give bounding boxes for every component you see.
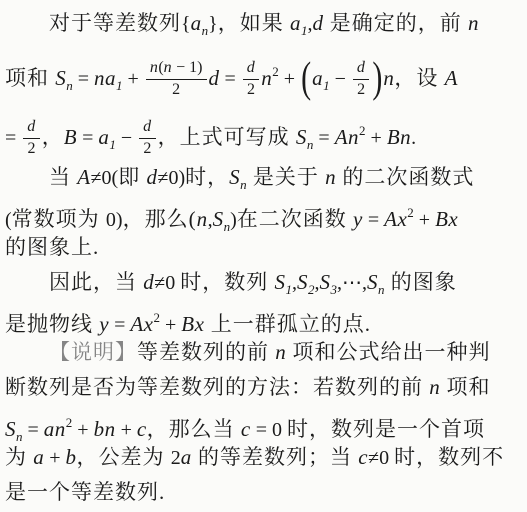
text-line-4: 当 A≠0(即 d≠0)时，Sn 是关于 n 的二次函数式 (5, 160, 522, 195)
text-run: 是一个等差数列. (5, 480, 165, 504)
text-line-13: 是一个等差数列. (5, 475, 522, 510)
math-variable: Bn (387, 125, 411, 149)
math-literal: 2 (28, 140, 36, 157)
text-run: 的等差数列；当 (192, 445, 359, 469)
math-variable: c (241, 417, 251, 441)
text-run: 是确定的，前 (323, 11, 468, 35)
text-line-3: = d2，B = a1 − d2，上式可写成 Sn = An2 + Bn. (5, 101, 522, 160)
math-variable: An (335, 125, 359, 149)
text-run: 时， (185, 165, 229, 189)
math-variable: Ax (384, 207, 407, 231)
math-literal: + (72, 419, 93, 441)
text-run: 等差数列的前 (137, 340, 275, 364)
fraction-denominator: 2 (23, 139, 40, 158)
math-variable: S (367, 270, 378, 294)
math-literal: + (160, 314, 181, 336)
math-variable: S (319, 270, 330, 294)
text-line-11: Sn = an2 + bn + c，那么当 c = 0 时，数列是一个首项 (5, 405, 522, 440)
math-variable: n (164, 59, 173, 76)
math-variable: Bx (181, 312, 204, 336)
math-variable: a (290, 11, 301, 35)
math-variable: A (445, 66, 458, 90)
fraction-numerator: d (139, 118, 156, 138)
math-variable: S (55, 66, 66, 90)
fraction: d2 (139, 118, 156, 158)
text-line-2: 项和 Sn = na1 + n(n − 1)2d = d2n2 + (a1 − … (5, 42, 522, 101)
text-run: ，设 (394, 66, 444, 90)
textbook-page: 对于等差数列{an}，如果 a1,d 是确定的，前 n项和 Sn = na1 +… (0, 0, 527, 512)
text-run: 的图象上. (5, 235, 99, 259)
math-variable: Bx (435, 207, 458, 231)
text-run: 上一群孤立的点. (204, 312, 371, 336)
text-run: 时，数列不 (394, 445, 504, 469)
math-variable: S (5, 417, 16, 441)
math-variable: B (64, 125, 77, 149)
math-variable: b (66, 445, 77, 469)
math-variable: na (94, 66, 116, 90)
math-literal: = 0 (251, 419, 287, 441)
text-run: 即 (118, 165, 146, 189)
text-run: ，那么( (123, 207, 197, 231)
math-literal: . (411, 127, 416, 149)
fraction: d2 (243, 59, 260, 99)
text-line-7: 因此，当 d≠0 时，数列 S1,S2,S3,⋯,Sn 的图象 (5, 265, 522, 300)
math-variable: d (27, 118, 36, 135)
math-variable: n (197, 207, 208, 231)
text-run: 时，数列是一个首项 (287, 417, 485, 441)
text-line-10: 断数列是否为等差数列的方法：若数列的前 n 项和 (5, 370, 522, 405)
math-variable: d (146, 165, 157, 189)
math-literal: + (116, 419, 137, 441)
text-line-8: 是抛物线 y = Ax2 + Bx 上一群孤立的点. (5, 300, 522, 335)
math-variable: n (325, 165, 336, 189)
text-run: 常数项为 (12, 207, 106, 231)
fraction-denominator: 2 (139, 139, 156, 158)
fraction-numerator: n(n − 1) (146, 59, 207, 79)
math-variable: S (297, 270, 308, 294)
text-run: ，上式可写成 (158, 125, 296, 149)
fraction: n(n − 1)2 (146, 59, 207, 99)
math-variable: n (261, 66, 272, 90)
math-variable: n (383, 66, 394, 90)
math-variable: S (274, 270, 285, 294)
math-variable: d (143, 270, 154, 294)
text-run: 为 (5, 445, 33, 469)
math-literal: ,⋯, (337, 272, 367, 294)
math-literal: + (279, 68, 300, 90)
parenthesis: ( (301, 35, 311, 121)
math-variable: d (209, 66, 220, 90)
math-variable: d (312, 11, 323, 35)
math-literal: ≠0( (91, 167, 119, 189)
math-literal: − (116, 127, 137, 149)
math-literal: 2 (357, 81, 365, 98)
math-variable: Ax (130, 312, 153, 336)
math-literal: 2 (143, 140, 151, 157)
fraction: d2 (353, 59, 370, 99)
text-run: 是抛物线 (5, 312, 99, 336)
math-literal: = (73, 68, 94, 90)
text-run: 项和 (5, 66, 55, 90)
math-variable: S (296, 125, 307, 149)
fraction-denominator: 2 (243, 80, 260, 99)
math-literal: = (109, 314, 130, 336)
math-literal: { (181, 13, 191, 35)
math-variable: n (468, 11, 479, 35)
math-literal: = (23, 419, 44, 441)
note-label: 【说明】 (49, 340, 137, 364)
math-variable: d (357, 59, 366, 76)
math-literal: + (414, 209, 435, 231)
fraction: d2 (23, 118, 40, 158)
text-run: 的二次函数式 (336, 165, 474, 189)
text-run: 对于等差数列 (49, 11, 181, 35)
math-literal: + (44, 447, 65, 469)
math-literal: + (366, 127, 387, 149)
text-run: 断数列是否为等差数列的方法：若数列的前 (5, 375, 429, 399)
text-line-12: 为 a + b，公差为 2a 的等差数列；当 c≠0 时，数列不 (5, 440, 522, 475)
math-literal: ≠0 (368, 447, 394, 469)
math-variable: c (358, 445, 368, 469)
math-literal: − 1) (172, 59, 202, 76)
math-variable: c (137, 417, 147, 441)
text-run: 是关于 (247, 165, 326, 189)
math-literal: 2 (247, 81, 255, 98)
math-variable: a (98, 125, 109, 149)
math-literal: = (77, 127, 98, 149)
text-run: 的图象 (384, 270, 456, 294)
math-literal: } (208, 13, 218, 35)
text-run: 因此，当 (49, 270, 143, 294)
fraction-numerator: d (23, 118, 40, 138)
math-literal: − (330, 68, 351, 90)
math-variable: S (229, 165, 240, 189)
text-run: 项和 (440, 375, 490, 399)
page-content: 对于等差数列{an}，如果 a1,d 是确定的，前 n项和 Sn = na1 +… (5, 4, 522, 510)
math-variable: n (275, 340, 286, 364)
math-variable: y (353, 207, 363, 231)
math-variable: a (191, 11, 202, 35)
text-run: ，如果 (218, 11, 290, 35)
text-line-9: 【说明】等差数列的前 n 项和公式给出一种判 (5, 335, 522, 370)
fraction-numerator: d (243, 59, 260, 79)
parenthesis: ) (372, 35, 382, 121)
math-variable: d (143, 118, 152, 135)
math-literal: 2 (171, 447, 181, 469)
text-run: ，公差为 (77, 445, 171, 469)
math-literal: = (363, 209, 384, 231)
math-variable: y (99, 312, 109, 336)
math-literal: = (313, 127, 334, 149)
math-literal: 2 (172, 81, 180, 98)
math-variable: a (312, 66, 323, 90)
text-run: ， (42, 125, 64, 149)
text-run: 时，数列 (180, 270, 274, 294)
text-line-1: 对于等差数列{an}，如果 a1,d 是确定的，前 n (5, 4, 522, 42)
math-variable: bn (94, 417, 116, 441)
math-variable: S (213, 207, 224, 231)
math-literal: + (123, 68, 144, 90)
math-literal: ≠0) (157, 167, 185, 189)
math-variable: n (429, 375, 440, 399)
math-literal: = (220, 68, 241, 90)
math-variable: A (77, 165, 90, 189)
text-run: 项和公式给出一种判 (286, 340, 490, 364)
fraction-denominator: 2 (146, 80, 207, 99)
math-variable: d (247, 59, 256, 76)
math-literal: ) (230, 209, 237, 231)
math-literal: ( (5, 209, 12, 231)
text-run: 当 (49, 165, 77, 189)
math-variable: an (44, 417, 66, 441)
fraction-denominator: 2 (353, 80, 370, 99)
text-line-6: 的图象上. (5, 230, 522, 265)
text-run: 在二次函数 (237, 207, 353, 231)
math-literal: 0) (106, 209, 123, 231)
text-run: ，那么当 (147, 417, 241, 441)
fraction-numerator: d (353, 59, 370, 79)
text-line-5: (常数项为 0)，那么(n,Sn)在二次函数 y = Ax2 + Bx (5, 195, 522, 230)
math-literal: = (5, 127, 21, 149)
math-variable: a (33, 445, 44, 469)
math-literal: ≠0 (154, 272, 180, 294)
math-variable: a (181, 445, 192, 469)
